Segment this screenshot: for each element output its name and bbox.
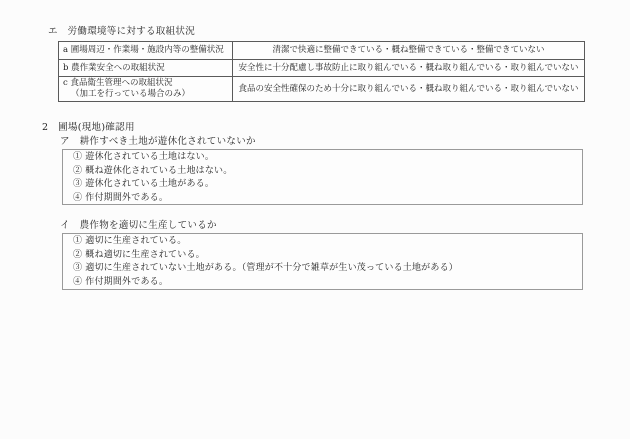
option-item: ① 遊休化されている土地はない。 bbox=[73, 151, 582, 165]
option-item: ② 概ね遊休化されている土地はない。 bbox=[73, 165, 582, 179]
option-item: ① 適切に生産されている。 bbox=[73, 235, 582, 249]
row-label: a 圃場周辺・作業場・施設内等の整備状況 bbox=[59, 42, 233, 59]
options-box-i: ① 適切に生産されている。 ② 概ね適切に生産されている。 ③ 適切に生産されて… bbox=[62, 233, 583, 290]
row-label-text: b 農作業安全への取組状況 bbox=[63, 63, 228, 74]
option-item: ② 概ね適切に生産されている。 bbox=[73, 249, 582, 263]
option-item: ④ 作付期間外である。 bbox=[73, 192, 582, 206]
option-item: ④ 作付期間外である。 bbox=[73, 276, 582, 290]
row-value: 清潔で快適に整備できている・概ね整備できている・整備できていない bbox=[233, 42, 584, 59]
question-i-heading: イ 農作物を適切に生産しているか bbox=[60, 220, 217, 232]
question-a-heading: ア 耕作すべき土地が遊休化されていないか bbox=[60, 136, 256, 148]
row-label-note: （加工を行っている場合のみ） bbox=[63, 89, 228, 100]
assessment-table: a 圃場周辺・作業場・施設内等の整備状況 清潔で快適に整備できている・概ね整備で… bbox=[58, 41, 585, 102]
option-item: ③ 適切に生産されていない土地がある。（管理が不十分で雑草が生い茂っている土地が… bbox=[73, 262, 582, 276]
table-row: b 農作業安全への取組状況 安全性に十分配慮し事故防止に取り組んでいる・概ね取り… bbox=[59, 59, 584, 76]
row-value: 食品の安全性確保のため十分に取り組んでいる・概ね取り組んでいる・取り組んでいない bbox=[233, 77, 584, 101]
section-e-heading: エ 労働環境等に対する取組状況 bbox=[48, 26, 195, 38]
row-label: c 食品衛生管理への取組状況 （加工を行っている場合のみ） bbox=[59, 77, 233, 101]
table-row: c 食品衛生管理への取組状況 （加工を行っている場合のみ） 食品の安全性確保のた… bbox=[59, 76, 584, 101]
table-row: a 圃場周辺・作業場・施設内等の整備状況 清潔で快適に整備できている・概ね整備で… bbox=[59, 42, 584, 59]
section-2-heading: 2 圃場(現地)確認用 bbox=[42, 122, 135, 134]
row-value: 安全性に十分配慮し事故防止に取り組んでいる・概ね取り組んでいる・取り組んでいない bbox=[233, 60, 584, 76]
option-item: ③ 遊休化されている土地がある。 bbox=[73, 178, 582, 192]
row-label: b 農作業安全への取組状況 bbox=[59, 60, 233, 76]
row-label-text: a 圃場周辺・作業場・施設内等の整備状況 bbox=[63, 45, 228, 56]
row-label-text: c 食品衛生管理への取組状況 bbox=[63, 78, 228, 89]
options-box-a: ① 遊休化されている土地はない。 ② 概ね遊休化されている土地はない。 ③ 遊休… bbox=[62, 149, 583, 205]
